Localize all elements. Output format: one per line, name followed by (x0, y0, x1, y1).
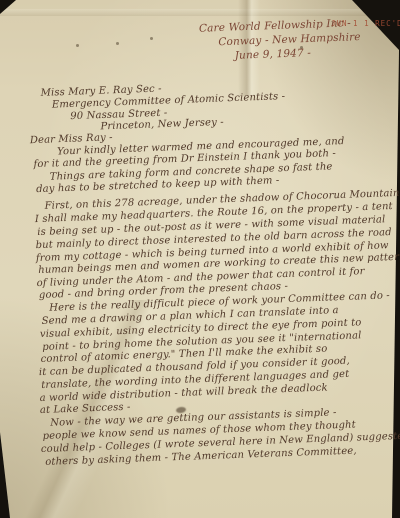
letter-body: Care World Fellowship Inc - Conway - New… (0, 0, 400, 518)
heading-line: June 9, 1947 - (235, 48, 312, 62)
letter-heading: Care World Fellowship Inc - Conway - New… (0, 0, 393, 1)
letter-line: at Lake Success - (40, 402, 131, 416)
heading-line: Conway - New Hampshire (218, 32, 361, 49)
recipient-address: Miss Mary E. Ray Sec - Emergency Committ… (0, 0, 393, 1)
